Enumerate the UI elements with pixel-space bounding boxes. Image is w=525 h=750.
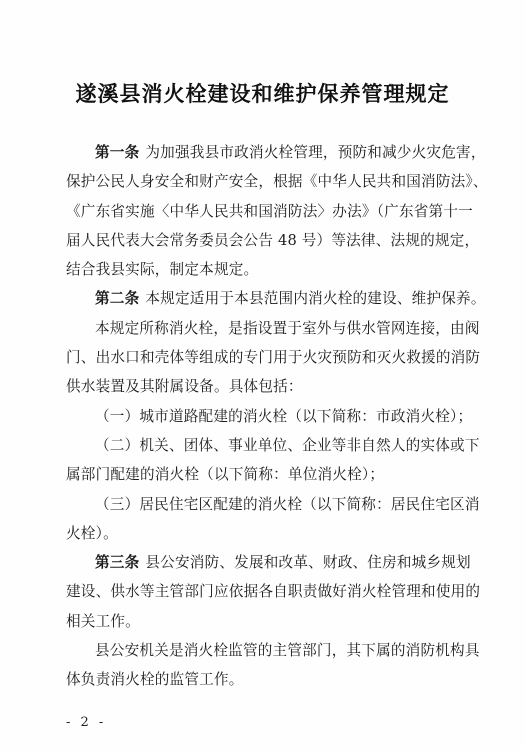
line-text: 建设、供水等主管部门应依据各自职责做好消火栓管理和使用的 (66, 583, 480, 600)
text-line: 属部门配建的消火栓（以下简称：单位消火栓）； (66, 460, 466, 489)
text-line: 第二条本规定适用于本县范围内消火栓的建设、维护保养。 (66, 284, 466, 313)
line-text: 届人民代表大会常务委员会公告 48 号）等法律、法规的规定， (66, 232, 479, 249)
text-line: 第三条县公安消防、发展和改革、财政、住房和城乡规划 (66, 548, 466, 577)
line-text: 为加强我县市政消火栓管理，预防和减少火灾危害， (145, 144, 485, 161)
line-text: 保护公民人身安全和财产安全，根据《中华人民共和国消防法》、 (66, 173, 488, 190)
line-text: 门、出水口和壳体等组成的专门用于火灾预防和灭火救援的消防 (66, 349, 480, 366)
line-text: 相关工作。 (66, 613, 140, 630)
line-text: 本规定所称消火栓，是指设置于室外与供水管网连接，由阀 (95, 320, 480, 337)
text-line: 《广东省实施〈中华人民共和国消防法〉办法》（广东省第十一 (66, 197, 466, 226)
text-line: 门、出水口和壳体等组成的专门用于火灾预防和灭火救援的消防 (66, 343, 466, 372)
line-text: 结合我县实际，制定本规定。 (66, 261, 258, 278)
line-text: 《广东省实施〈中华人民共和国消防法〉办法》（广东省第十一 (66, 203, 473, 220)
text-line: （三）居民住宅区配建的消火栓（以下简称：居民住宅区消 (66, 490, 466, 519)
text-line: 体负责消火栓的监管工作。 (66, 665, 466, 694)
text-line: 保护公民人身安全和财产安全，根据《中华人民共和国消防法》、 (66, 167, 466, 196)
line-text: 属部门配建的消火栓（以下简称：单位消火栓）； (66, 466, 384, 483)
text-line: 相关工作。 (66, 607, 466, 636)
page-number: - 2 - (66, 715, 106, 730)
document-page: 遂溪县消火栓建设和维护保养管理规定 第一条为加强我县市政消火栓管理，预防和减少火… (0, 0, 525, 750)
line-text: 本规定适用于本县范围内消火栓的建设、维护保养。 (145, 290, 485, 307)
line-text: 体负责消火栓的监管工作。 (66, 671, 244, 688)
article-heading: 第二条 (95, 290, 139, 307)
line-text: （三）居民住宅区配建的消火栓（以下简称：居民住宅区消 (95, 496, 480, 513)
line-text: 县公安机关是消火栓监管的主管部门，其下属的消防机构具 (95, 642, 480, 659)
line-text: 供水装置及其附属设备。具体包括： (66, 378, 303, 395)
text-line: 供水装置及其附属设备。具体包括： (66, 372, 466, 401)
text-line: （一）城市道路配建的消火栓（以下简称：市政消火栓）； (66, 402, 466, 431)
text-line: 建设、供水等主管部门应依据各自职责做好消火栓管理和使用的 (66, 577, 466, 606)
document-title: 遂溪县消火栓建设和维护保养管理规定 (0, 78, 525, 108)
text-line: 县公安机关是消火栓监管的主管部门，其下属的消防机构具 (66, 636, 466, 665)
article-heading: 第一条 (95, 144, 139, 161)
text-line: 届人民代表大会常务委员会公告 48 号）等法律、法规的规定， (66, 226, 466, 255)
text-line: （二）机关、团体、事业单位、企业等非自然人的实体或下 (66, 431, 466, 460)
text-line: 结合我县实际，制定本规定。 (66, 255, 466, 284)
text-line: 第一条为加强我县市政消火栓管理，预防和减少火灾危害， (66, 138, 466, 167)
document-body: 第一条为加强我县市政消火栓管理，预防和减少火灾危害，保护公民人身安全和财产安全，… (66, 138, 466, 695)
article-heading: 第三条 (95, 554, 139, 571)
text-line: 火栓）。 (66, 519, 466, 548)
line-text: （二）机关、团体、事业单位、企业等非自然人的实体或下 (95, 437, 480, 454)
text-line: 本规定所称消火栓，是指设置于室外与供水管网连接，由阀 (66, 314, 466, 343)
line-text: 县公安消防、发展和改革、财政、住房和城乡规划 (145, 554, 470, 571)
line-text: 火栓）。 (66, 525, 118, 542)
line-text: （一）城市道路配建的消火栓（以下简称：市政消火栓）； (95, 408, 472, 425)
